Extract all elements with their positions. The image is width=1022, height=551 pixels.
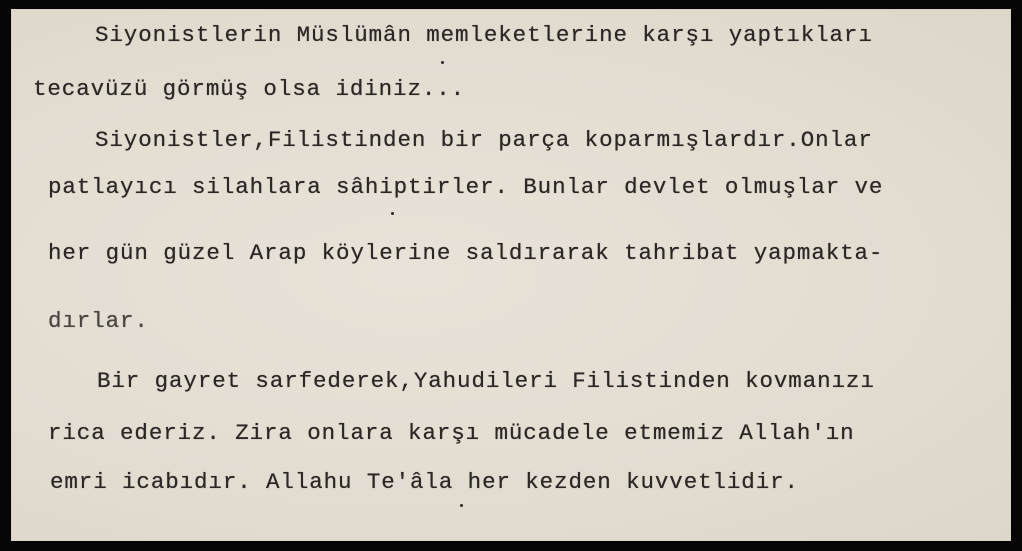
photo-frame: Siyonistlerin Müslümân memleketlerine ka…	[0, 0, 1022, 551]
typewritten-page: Siyonistlerin Müslümân memleketlerine ka…	[11, 9, 1011, 541]
text-line: emri icabıdır. Allahu Te'âla her kezden …	[50, 471, 799, 494]
text-line: her gün güzel Arap köylerine saldırarak …	[48, 242, 883, 265]
ink-speck	[460, 504, 463, 507]
text-line: tecavüzü görmüş olsa idiniz...	[33, 78, 465, 101]
text-line: Bir gayret sarfederek,Yahudileri Filisti…	[97, 370, 875, 393]
text-line: dırlar.	[48, 310, 149, 333]
text-line: patlayıcı silahlara sâhiptirler. Bunlar …	[48, 176, 883, 199]
ink-speck	[441, 61, 444, 64]
ink-speck	[391, 212, 394, 215]
text-line: Siyonistlerin Müslümân memleketlerine ka…	[95, 24, 873, 47]
text-line: rica ederiz. Zira onlara karşı mücadele …	[48, 422, 855, 445]
text-line: Siyonistler,Filistinden bir parça koparm…	[95, 129, 873, 152]
